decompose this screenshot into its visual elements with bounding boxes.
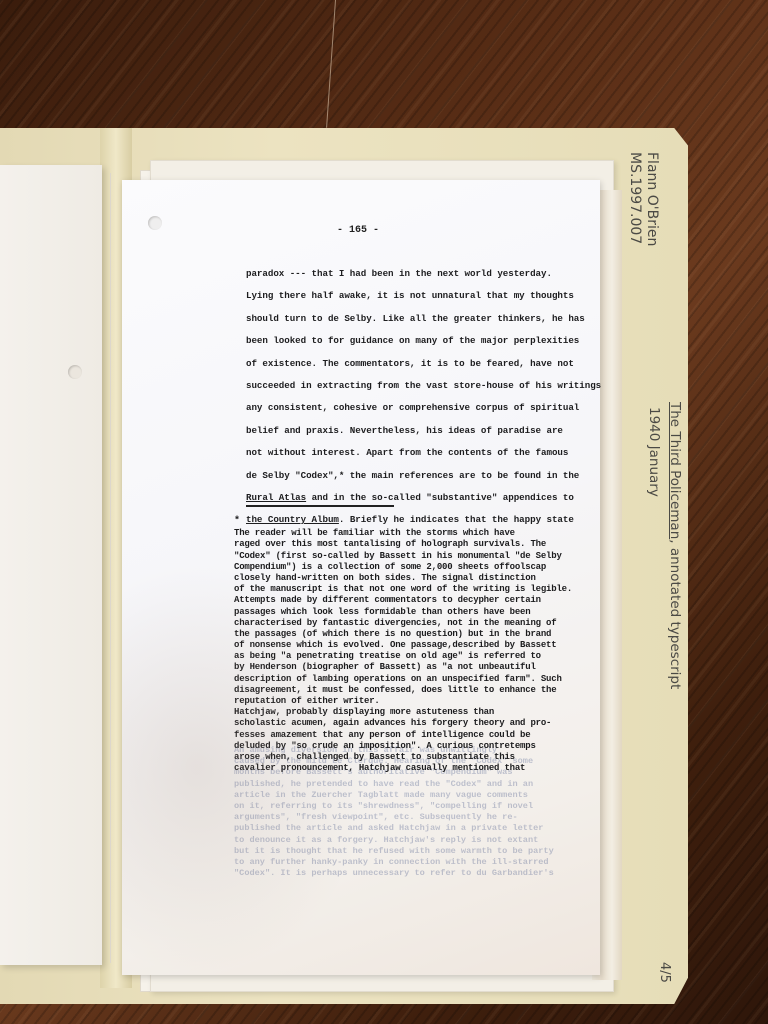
body-line: not without interest. Apart from the con… [246,442,576,464]
folder-label-author: Flann O'Brien [644,152,660,246]
footnote-line: raged over this most tantalising of holo… [234,539,594,550]
show-through-line: to any further hanky-panky in connection… [234,857,594,868]
footnote-line: "Codex" (first so-called by Bassett in h… [234,551,594,562]
body-line: been looked to for guidance on many of t… [246,330,576,352]
show-through-line: on it, referring to its "shrewdness", "c… [234,801,594,812]
show-through-line: but it is thought that he refused with s… [234,846,594,857]
table-scratch [326,0,336,128]
footnote-line: disagreement, it must be confessed, does… [234,685,594,696]
body-line: de Selby "Codex",* the main references a… [246,465,576,487]
footnote-divider [246,505,394,507]
show-through-line: article in the Zuercher Tagblatt made ma… [234,790,594,801]
footnote-line: deluded by "so crude an imposition". A c… [234,741,594,752]
folder-label-title-underlined: The Third Policeman [667,402,683,539]
folder-label-date: 1940 January [646,407,662,497]
footnote-line: cavalier pronouncement, Hatchjaw casuall… [234,763,594,774]
body-line: succeeded in extracting from the vast st… [246,375,576,397]
folder-label-part: 4/5 [657,962,672,983]
body-line: belief and praxis. Nevertheless, his ide… [246,420,576,442]
body-line: should turn to de Selby. Like all the gr… [246,308,576,330]
footnote-line: arose when, challenged by Bassett to sub… [234,752,594,763]
footnote-line: Compendium") is a collection of some 2,0… [234,562,594,573]
footnote-line: the passages (of which there is no quest… [234,629,594,640]
show-through-line: published, he pretended to have read the… [234,779,594,790]
footnote-line: characterised by fantastic divergencies,… [234,618,594,629]
footnote-line: The reader will be familiar with the sto… [234,528,594,539]
footnote-line: description of lambing operations on an … [234,674,594,685]
footnote-line: scholastic acumen, again advances his fo… [234,718,594,729]
body-line: any consistent, cohesive or comprehensiv… [246,397,576,419]
footnote: * The reader will be familiar with the s… [234,517,594,774]
typescript-page: An amusing diversion in this affair was … [122,180,600,975]
left-page-stack [0,165,102,965]
folder-label-title: The Third Policeman, annotated typescrip… [667,402,683,689]
body-line: paradox --- that I had been in the next … [246,263,576,285]
body-line: of existence. The commentators, it is to… [246,353,576,375]
book-title-rural-atlas: Rural Atlas [246,492,306,503]
footnote-line: of the manuscript is that not one word o… [234,584,594,595]
folder-label-accession: MS.1997.007 [627,152,643,244]
footnote-line: as being "a penetrating treatise on old … [234,651,594,662]
folder-label-title-rest: , annotated typescript [667,539,683,689]
footnote-line: passages which look less formidable than… [234,607,594,618]
footnote-line: closely hand-written on both sides. The … [234,573,594,584]
footnote-line: by Henderson (biographer of Bassett) as … [234,662,594,673]
footnote-line: reputation of either writer. [234,696,594,707]
footnote-line: Hatchjaw, probably displaying more astut… [234,707,594,718]
punch-hole-icon [148,216,162,230]
footnote-line: Attempts made by different commentators … [234,595,594,606]
footnote-line: fesses amazement that any person of inte… [234,730,594,741]
show-through-line: to denounce it as a forgery. Hatchjaw's … [234,835,594,846]
footnote-marker: * [234,517,594,528]
show-through-line: published the article and asked Hatchjaw… [234,823,594,834]
punch-hole-icon [68,365,82,379]
page-number: - 165 - [337,225,379,236]
body-line: Lying there half awake, it is not unnatu… [246,285,576,307]
footnote-line: of nonsense which is evolved. One passag… [234,640,594,651]
body-text: paradox --- that I had been in the next … [246,263,576,532]
show-through-line: arguments", "fresh viewpoint", etc. Subs… [234,812,594,823]
line-text: and in the so-called "substantive" appen… [306,492,574,503]
show-through-line: "Codex". It is perhaps unnecessary to re… [234,868,594,879]
